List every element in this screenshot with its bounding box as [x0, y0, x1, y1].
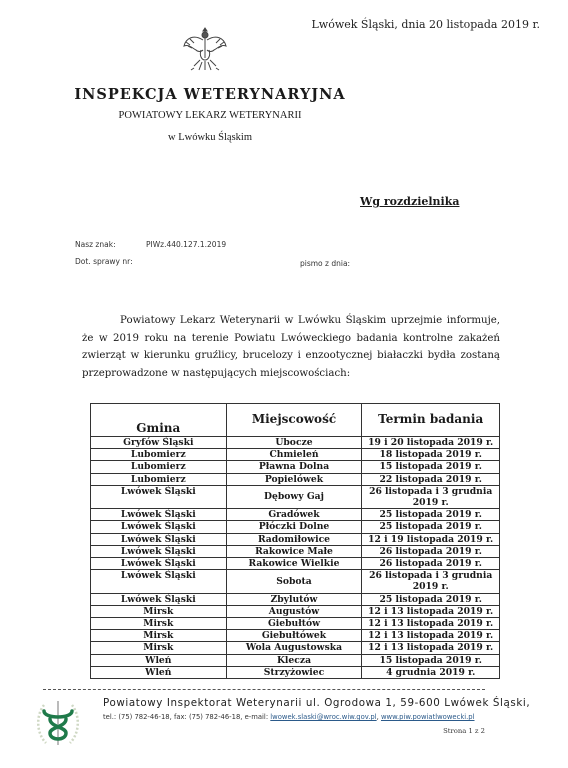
- gmina-cell: Mirsk: [91, 642, 227, 654]
- column-header-termin: Termin badania: [362, 404, 500, 437]
- termin-cell: 15 listopada 2019 r.: [362, 654, 500, 666]
- miejscowosc-cell: Rakowice Wielkie: [226, 558, 362, 570]
- termin-cell: 12 i 13 listopada 2019 r.: [362, 642, 500, 654]
- table-row: Lwówek ŚląskiRakowice Wielkie26 listopad…: [91, 558, 500, 570]
- termin-cell: 12 i 13 listopada 2019 r.: [362, 618, 500, 630]
- footer-email-label: e-mail:: [245, 713, 269, 721]
- miejscowosc-cell: Klecza: [226, 654, 362, 666]
- table-row: Lwówek ŚląskiGradówek25 listopada 2019 r…: [91, 509, 500, 521]
- miejscowosc-cell: Dębowy Gaj: [226, 485, 362, 508]
- footer-tel: tel.: (75) 782-46-18,: [103, 713, 172, 721]
- recipient: Wg rozdzielnika: [360, 195, 459, 208]
- table-row: LubomierzPopielówek22 listopada 2019 r.: [91, 473, 500, 485]
- nasz-znak-value: PIWz.440.127.1.2019: [146, 240, 226, 249]
- table-row: MirskGiebułtów12 i 13 listopada 2019 r.: [91, 618, 500, 630]
- miejscowosc-cell: Gradówek: [226, 509, 362, 521]
- gmina-cell: Lwówek Śląski: [91, 509, 227, 521]
- gmina-cell: Lwówek Śląski: [91, 593, 227, 605]
- body-paragraph-text: Powiatowy Lekarz Weterynarii w Lwówku Śl…: [82, 315, 500, 379]
- termin-cell: 25 listopada 2019 r.: [362, 509, 500, 521]
- footer-email-link[interactable]: lwowek.slaski@wroc.wiw.gov.pl: [270, 713, 376, 721]
- gmina-cell: Lwówek Śląski: [91, 545, 227, 557]
- gmina-cell: Lubomierz: [91, 461, 227, 473]
- termin-cell: 26 listopada i 3 grudnia 2019 r.: [362, 485, 500, 508]
- column-header-gmina: Gmina: [91, 404, 227, 437]
- footer-fax: fax: (75) 782-46-18,: [174, 713, 242, 721]
- miejscowosc-cell: Pławna Dolna: [226, 461, 362, 473]
- termin-cell: 18 listopada 2019 r.: [362, 449, 500, 461]
- gmina-cell: Wleń: [91, 666, 227, 678]
- termin-cell: 4 grudnia 2019 r.: [362, 666, 500, 678]
- miejscowosc-cell: Giebułtówek: [226, 630, 362, 642]
- org-city: w Lwówku Śląskim: [60, 132, 360, 143]
- miejscowosc-cell: Giebułtów: [226, 618, 362, 630]
- termin-cell: 12 i 13 listopada 2019 r.: [362, 605, 500, 617]
- schedule-table-body: Gryfów ŚląskiUbocze19 i 20 listopada 201…: [91, 437, 500, 679]
- gmina-cell: Mirsk: [91, 605, 227, 617]
- page-indicator: Strona 1 z 2: [440, 727, 485, 735]
- table-row: MirskAugustów12 i 13 listopada 2019 r.: [91, 605, 500, 617]
- org-subtitle: POWIATOWY LEKARZ WETERYNARII: [60, 110, 360, 121]
- miejscowosc-cell: Płóczki Dolne: [226, 521, 362, 533]
- gmina-cell: Wleń: [91, 654, 227, 666]
- termin-cell: 12 i 13 listopada 2019 r.: [362, 630, 500, 642]
- org-title: INSPEKCJA WETERYNARYJNA: [60, 86, 360, 103]
- body-paragraph: Powiatowy Lekarz Weterynarii w Lwówku Śl…: [82, 312, 500, 382]
- table-header-row: Gmina Miejscowość Termin badania: [91, 404, 500, 437]
- date-line: Lwówek Śląski, dnia 20 listopada 2019 r.: [300, 18, 540, 31]
- termin-cell: 15 listopada 2019 r.: [362, 461, 500, 473]
- pismo-z-dnia-label: pismo z dnia:: [300, 259, 350, 268]
- gmina-cell: Mirsk: [91, 630, 227, 642]
- gmina-cell: Lwówek Śląski: [91, 558, 227, 570]
- table-row: Lwówek ŚląskiZbylutów25 listopada 2019 r…: [91, 593, 500, 605]
- termin-cell: 12 i 19 listopada 2019 r.: [362, 533, 500, 545]
- table-row: Lwówek ŚląskiPłóczki Dolne25 listopada 2…: [91, 521, 500, 533]
- schedule-table: Gmina Miejscowość Termin badania Gryfów …: [90, 403, 500, 679]
- gmina-cell: Lwówek Śląski: [91, 521, 227, 533]
- termin-cell: 25 listopada 2019 r.: [362, 593, 500, 605]
- termin-cell: 26 listopada 2019 r.: [362, 545, 500, 557]
- polish-eagle-emblem-icon: [180, 24, 230, 76]
- miejscowosc-cell: Sobota: [226, 570, 362, 593]
- gmina-cell: Lwówek Śląski: [91, 533, 227, 545]
- termin-cell: 19 i 20 listopada 2019 r.: [362, 437, 500, 449]
- miejscowosc-cell: Popielówek: [226, 473, 362, 485]
- miejscowosc-cell: Rakowice Małe: [226, 545, 362, 557]
- gmina-cell: Gryfów Śląski: [91, 437, 227, 449]
- miejscowosc-cell: Wola Augustowska: [226, 642, 362, 654]
- termin-cell: 22 listopada 2019 r.: [362, 473, 500, 485]
- miejscowosc-cell: Strzyżowiec: [226, 666, 362, 678]
- table-row: Lwówek ŚląskiRadomiłowice12 i 19 listopa…: [91, 533, 500, 545]
- nasz-znak-label: Nasz znak:: [75, 240, 116, 249]
- miejscowosc-cell: Augustów: [226, 605, 362, 617]
- table-row: Gryfów ŚląskiUbocze19 i 20 listopada 201…: [91, 437, 500, 449]
- termin-cell: 26 listopada 2019 r.: [362, 558, 500, 570]
- table-row: LubomierzChmieleń18 listopada 2019 r.: [91, 449, 500, 461]
- table-row: Lwówek ŚląskiDębowy Gaj26 listopada i 3 …: [91, 485, 500, 508]
- dot-sprawy-label: Dot. sprawy nr:: [75, 257, 133, 266]
- table-row: Lwówek ŚląskiRakowice Małe26 listopada 2…: [91, 545, 500, 557]
- gmina-cell: Lwówek Śląski: [91, 485, 227, 508]
- miejscowosc-cell: Radomiłowice: [226, 533, 362, 545]
- gmina-cell: Lwówek Śląski: [91, 570, 227, 593]
- footer-contact: tel.: (75) 782-46-18, fax: (75) 782-46-1…: [103, 713, 475, 721]
- table-row: WleńKlecza15 listopada 2019 r.: [91, 654, 500, 666]
- table-row: Lwówek ŚląskiSobota26 listopada i 3 grud…: [91, 570, 500, 593]
- table-row: MirskGiebułtówek12 i 13 listopada 2019 r…: [91, 630, 500, 642]
- table-row: WleńStrzyżowiec4 grudnia 2019 r.: [91, 666, 500, 678]
- miejscowosc-cell: Ubocze: [226, 437, 362, 449]
- footer-divider: [43, 689, 485, 690]
- table-row: MirskWola Augustowska12 i 13 listopada 2…: [91, 642, 500, 654]
- gmina-cell: Lubomierz: [91, 473, 227, 485]
- footer-website-link[interactable]: www.piw.powiatlwowecki.pl: [381, 713, 475, 721]
- termin-cell: 25 listopada 2019 r.: [362, 521, 500, 533]
- column-header-miejscowosc: Miejscowość: [226, 404, 362, 437]
- footer-org-address: Powiatowy Inspektorat Weterynarii ul. Og…: [103, 697, 530, 709]
- miejscowosc-cell: Chmieleń: [226, 449, 362, 461]
- termin-cell: 26 listopada i 3 grudnia 2019 r.: [362, 570, 500, 593]
- miejscowosc-cell: Zbylutów: [226, 593, 362, 605]
- gmina-cell: Lubomierz: [91, 449, 227, 461]
- veterinary-caduceus-logo-icon: [34, 695, 82, 751]
- gmina-cell: Mirsk: [91, 618, 227, 630]
- table-row: LubomierzPławna Dolna15 listopada 2019 r…: [91, 461, 500, 473]
